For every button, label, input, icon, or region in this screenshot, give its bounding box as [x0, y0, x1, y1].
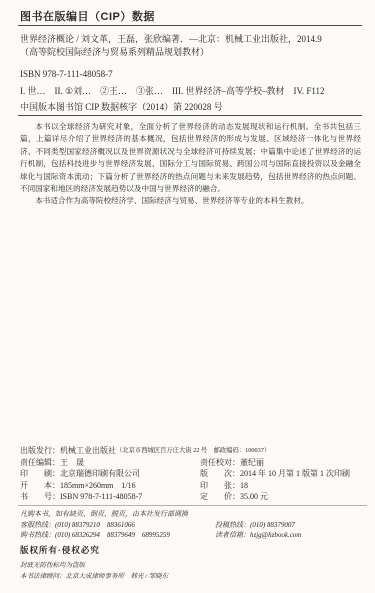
- book-copyright-page: 图书在版编目（CIP）数据 世界经济概论 / 刘文革，王磊，张欣编著．—北京：机…: [0, 0, 375, 593]
- cip-header: 图书在版编目（CIP）数据: [20, 8, 155, 24]
- format-row: 开 本：185mm×260mm 1/16 印 张：18: [20, 480, 367, 492]
- hotline-row-2: 购书热线：(010) 68326294 88379649 68995259 读者…: [20, 530, 367, 541]
- purchase-hotline-numbers: (010) 68326294 88379649 68995259: [55, 531, 170, 539]
- abstract-block: 本书以全球经济为研究对象，全面分析了世界经济的动态发展现状和运行机制。全书共包括…: [20, 121, 361, 208]
- abstract-paragraph-1: 本书以全球经济为研究对象，全面分析了世界经济的动态发展现状和运行机制。全书共包括…: [20, 121, 361, 195]
- proofreader-name: 董纪丽: [240, 458, 264, 467]
- booknumber-row: 书 号：ISBN 978-7-111-48058-7 定 价：35.00 元: [20, 491, 367, 503]
- reader-mailbox-label: 读者信箱：: [215, 531, 250, 539]
- booknumber-value: ISBN 978-7-111-48058-7: [60, 492, 142, 501]
- anti-piracy-note: 封底无防伪标均为盗版: [20, 560, 367, 569]
- reader-mailbox-email: hzjg@hzbook.com: [250, 531, 301, 539]
- copyright-block: 版权所有·侵权必究 封底无防伪标均为盗版 本书法律顾问：北京大成律师事务所 韩光…: [20, 544, 367, 580]
- sheets-label: 印 张：: [200, 481, 240, 490]
- edition-value: 2014 年 10 月第 1 版第 1 次印刷: [240, 469, 350, 478]
- printer-label: 印 刷：: [20, 469, 60, 478]
- cip-isbn-line: ISBN 978-7-111-48058-7: [20, 68, 361, 81]
- cip-series-line: （高等院校国际经济与贸易系列精品规划教材）: [20, 46, 361, 59]
- cip-record-line: 中国版本图书馆 CIP 数据核字（2014）第 220028 号: [20, 101, 361, 114]
- editor-name: 王 晟: [60, 458, 84, 467]
- cip-index-line: I. 世… II. ①刘… ②王… ③张… III. 世界经济–高等学校–教材 …: [20, 85, 361, 98]
- replacement-notice: 凡购本书，如有缺页、倒页、脱页，由本社发行部调换: [20, 509, 367, 520]
- legal-counsel-line: 本书法律顾问：北京大成律师事务所 韩光 / 邹晓东: [20, 571, 367, 580]
- editor-label: 责任编辑：: [20, 458, 60, 467]
- printer-name: 北京瑞德印刷有限公司: [60, 469, 140, 478]
- proofreader-label: 责任校对：: [200, 458, 240, 467]
- hotline-row-1: 客服热线：(010) 88379210 88361066 投稿热线：(010) …: [20, 520, 367, 531]
- format-label: 开 本：: [20, 481, 60, 490]
- price-label: 定 价：: [200, 492, 240, 501]
- publisher-row: 出版发行： 机械工业出版社 （北京市西城区百万庄大街 22 号 邮政编码：100…: [20, 445, 367, 457]
- cip-divider: [18, 115, 362, 116]
- publisher-name: 机械工业出版社: [60, 445, 116, 457]
- header-divider: [18, 25, 362, 26]
- booknumber-label: 书 号：: [20, 492, 60, 501]
- service-divider: [18, 505, 367, 506]
- publication-info-block: 出版发行： 机械工业出版社 （北京市西城区百万庄大街 22 号 邮政编码：100…: [20, 445, 367, 503]
- format-value: 185mm×260mm 1/16: [60, 481, 136, 490]
- publisher-address: （北京市西城区百万庄大街 22 号 邮政编码：100037）: [116, 445, 270, 457]
- edition-label: 版 次：: [200, 469, 240, 478]
- copyright-statement: 版权所有·侵权必究: [20, 544, 367, 556]
- printer-row: 印 刷：北京瑞德印刷有限公司 版 次：2014 年 10 月第 1 版第 1 次…: [20, 468, 367, 480]
- customer-hotline-label: 客服热线：: [20, 521, 55, 529]
- customer-hotline-numbers: (010) 88379210 88361066: [55, 521, 135, 529]
- purchase-hotline-label: 购书热线：: [20, 531, 55, 539]
- cip-title-line: 世界经济概论 / 刘文革，王磊，张欣编著．—北京：机械工业出版社，2014.9: [20, 33, 361, 46]
- cip-block: 世界经济概论 / 刘文革，王磊，张欣编著．—北京：机械工业出版社，2014.9 …: [20, 33, 361, 114]
- publisher-label: 出版发行：: [20, 445, 60, 457]
- submission-hotline-number: (010) 88379007: [250, 521, 295, 529]
- sheets-value: 18: [240, 481, 248, 490]
- service-block: 凡购本书，如有缺页、倒页、脱页，由本社发行部调换 客服热线：(010) 8837…: [20, 509, 367, 541]
- abstract-paragraph-2: 本书适合作为高等院校经济学、国际经济与贸易、世界经济等专业的本科生教材。: [20, 195, 361, 207]
- price-value: 35.00 元: [240, 492, 268, 501]
- submission-hotline-label: 投稿热线：: [215, 521, 250, 529]
- editor-row: 责任编辑：王 晟 责任校对：董纪丽: [20, 457, 367, 469]
